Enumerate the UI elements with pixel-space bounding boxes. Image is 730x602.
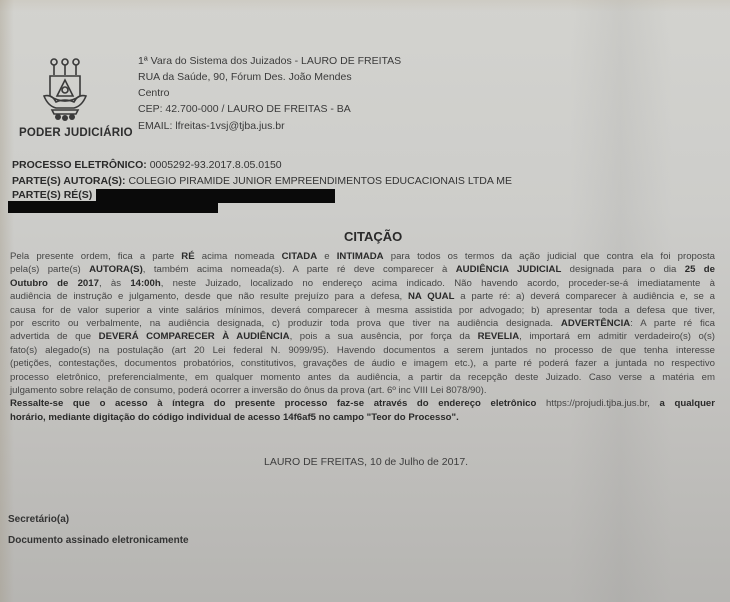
signature-note: Documento assinado eletronicamente (8, 535, 189, 546)
institution-name: PODER JUDICIÁRIO (19, 127, 133, 139)
body-line: fato(s) alegado(s) na postulação (art 20… (10, 344, 715, 357)
court-name: 1ª Vara do Sistema dos Juizados - LAURO … (138, 55, 401, 67)
body-line: processo eletrônico, preferencialmente, … (10, 371, 715, 384)
body-line: audiência de instrução e julgamento, des… (10, 290, 715, 303)
defendant-label: PARTE(S) RÉ(S) (12, 189, 92, 201)
document-page: PODER JUDICIÁRIO 1ª Vara do Sistema dos … (0, 0, 730, 602)
redaction-bar (8, 201, 218, 213)
body-line: Outubro de 2017, às 14:00h, neste Juizad… (10, 277, 715, 290)
body-line: julgamento sobre relação de consumo, pod… (10, 384, 715, 397)
body-line: horário, mediante digitação do código in… (10, 411, 715, 424)
body-line: Ressalte-se que o acesso à íntegra do pr… (10, 397, 715, 410)
plaintiff-name: COLEGIO PIRAMIDE JUNIOR EMPREENDIMENTOS … (128, 175, 512, 187)
court-address: RUA da Saúde, 90, Fórum Des. João Mendes (138, 71, 352, 83)
date-line: LAURO DE FREITAS, 10 de Julho de 2017. (264, 456, 468, 468)
body-line: por escrito ou verbalmente, na audiência… (10, 317, 715, 330)
body-line: advertida de que DEVERÁ COMPARECER À AUD… (10, 330, 715, 343)
coat-of-arms-icon (42, 56, 88, 122)
body-line: pela(s) parte(s) AUTORA(S), também acima… (10, 263, 715, 276)
plaintiff-label: PARTE(S) AUTORA(S): (12, 175, 126, 187)
court-district: Centro (138, 87, 170, 99)
process-number: 0005292-93.2017.8.05.0150 (150, 159, 282, 171)
plaintiff-row: PARTE(S) AUTORA(S): COLEGIO PIRAMIDE JUN… (12, 175, 512, 187)
body-line: Pela presente ordem, fica a parte RÉ aci… (10, 250, 715, 263)
court-cep: CEP: 42.700-000 / LAURO DE FREITAS - BA (138, 103, 351, 115)
defendant-row: PARTE(S) RÉ(S) (12, 189, 92, 201)
body-line: (petições, contestações, documentos prob… (10, 357, 715, 370)
body-line: causa for de valor superior a vinte salá… (10, 304, 715, 317)
citation-body: Pela presente ordem, fica a parte RÉ aci… (10, 250, 715, 424)
document-title: CITAÇÃO (344, 229, 402, 244)
process-number-row: PROCESSO ELETRÔNICO: 0005292-93.2017.8.0… (12, 159, 282, 171)
signatory: Secretário(a) (8, 514, 69, 525)
process-label: PROCESSO ELETRÔNICO: (12, 159, 147, 171)
court-email: EMAIL: lfreitas-1vsj@tjba.jus.br (138, 120, 285, 132)
